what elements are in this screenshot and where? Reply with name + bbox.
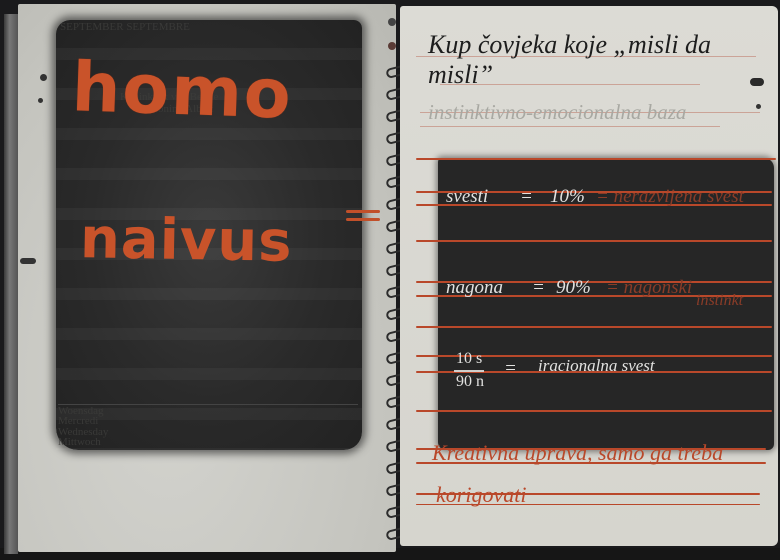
printed-month-header: SEPTEMBER SEPTEMBRE: [60, 22, 190, 33]
red-note: instinkt: [696, 292, 743, 310]
chalk-fraction-bar: [454, 370, 484, 372]
chalk-equals: =: [504, 358, 517, 380]
red-handwriting-line: korigovati: [436, 482, 526, 508]
red-note: = nagonski: [606, 277, 692, 299]
chalk-equals: =: [532, 277, 545, 299]
red-handwriting-line: Kreativna uprava, samo ga treba: [432, 440, 723, 466]
chalk-value-iracionalna-svest: iracionalna svest: [538, 356, 655, 376]
punch-hole: [40, 74, 47, 81]
chalk-value-10-percent: 10%: [550, 186, 585, 208]
notebook-left-edge: [4, 14, 18, 554]
punch-hole: [20, 258, 36, 264]
red-ruled-line: [416, 240, 772, 242]
painted-word-homo: homo: [71, 48, 294, 135]
chalk-fraction-top: 10 s: [456, 350, 482, 368]
chalk-label-svesti: svesti: [446, 186, 488, 208]
guide-line: [420, 126, 720, 127]
painted-equals-sign: [346, 208, 380, 224]
punch-hole: [756, 104, 761, 109]
faint-handwriting-line: instinktivno-emocionalna baza: [428, 100, 686, 125]
punch-hole: [38, 98, 43, 103]
red-note: = nerazvijena svest: [596, 186, 744, 208]
painted-word-naivus: naivus: [79, 206, 293, 275]
red-ruled-line: [416, 158, 776, 160]
chalk-label-nagona: nagona: [446, 277, 503, 299]
chalk-equals: =: [520, 186, 533, 208]
red-ruled-line: [416, 326, 772, 328]
ink-handwriting-line: Kup čovjeka koje „misli da misli”: [428, 30, 780, 90]
chalk-value-90-percent: 90%: [556, 277, 591, 299]
red-ruled-line: [416, 410, 772, 412]
printed-weekday: Mittwoch: [58, 437, 101, 448]
chalk-fraction-bottom: 90 n: [456, 373, 484, 391]
